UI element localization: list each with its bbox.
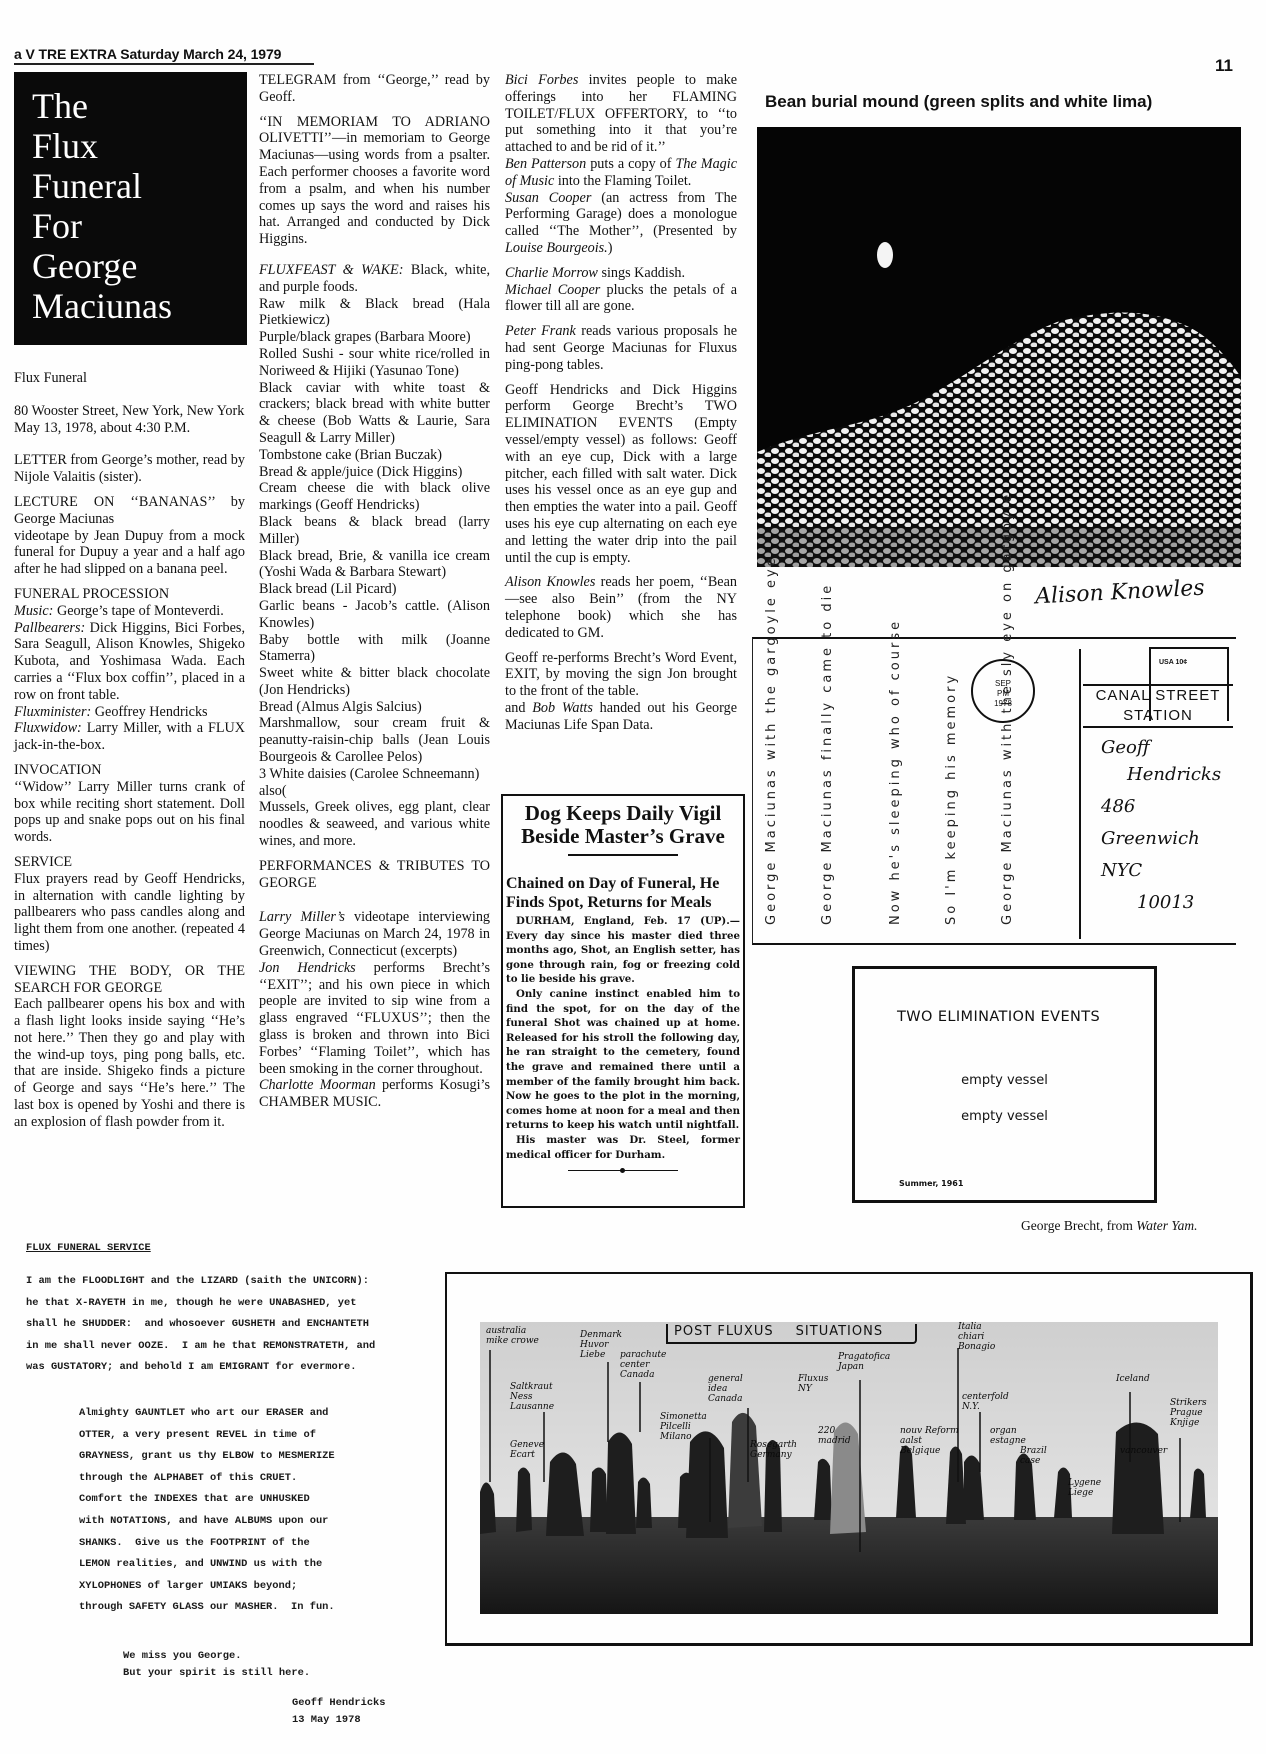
address-line: Hendricks xyxy=(1127,759,1236,791)
page-number: 11 xyxy=(1215,56,1233,76)
dog-vigil-clipping: Dog Keeps Daily Vigil Beside Master’s Gr… xyxy=(501,794,745,1208)
memoriam-section: ‘‘IN MEMORIAM TO ADRIANO OLIVETTI’’—in m… xyxy=(259,114,490,248)
location-label: Geneve Ecart xyxy=(510,1440,544,1460)
cancel-line: CANAL STREET xyxy=(1083,686,1233,706)
location-label: Iceland xyxy=(1116,1374,1150,1384)
service-signature: Geoff Hendricks 13 May 1978 xyxy=(292,1695,386,1729)
location-label: Fluxus NY xyxy=(798,1374,828,1394)
performance-peter: Peter Frank reads various proposals he h… xyxy=(505,323,737,373)
event-card-line: empty vessel xyxy=(855,1073,1154,1088)
headline-rule xyxy=(568,854,678,856)
performances-title: PERFORMANCES & TRIBUTES TO GEORGE xyxy=(259,858,490,892)
performer-name: Bici Forbes xyxy=(505,72,578,88)
performance-text: ) xyxy=(608,240,613,256)
performance-bob: and Bob Watts handed out his George Maci… xyxy=(505,700,737,734)
location-label: vancouver xyxy=(1120,1446,1167,1456)
performer-name: Peter Frank xyxy=(505,323,576,339)
performance-text: sings Kaddish. xyxy=(598,265,685,281)
caption-text: George Brecht, from xyxy=(1021,1218,1136,1233)
location-label: nouv Reform aalst Belgique xyxy=(900,1426,959,1456)
location-label: Lygene Liege xyxy=(1068,1478,1101,1498)
location-label: Simonetta Pilcelli Milano xyxy=(660,1412,707,1442)
program-column-1: Flux Funeral 80 Wooster Street, New York… xyxy=(14,370,245,1139)
performer-name: Charlie Morrow xyxy=(505,265,598,281)
postcard-divider xyxy=(1079,649,1081,939)
masthead: a V TRE EXTRA Saturday March 24, 1979 xyxy=(14,46,314,65)
banner-text: POST FLUXUS xyxy=(674,1324,774,1339)
procession-fluxwidow: Fluxwidow: Larry Miller, with a FLUX jac… xyxy=(14,720,245,754)
cancellation-mark: CANAL STREET STATION xyxy=(1083,684,1233,728)
artist-signature: Alison Knowles xyxy=(1034,576,1205,610)
clipping-paragraph: Only canine instinct enabled him to find… xyxy=(506,987,740,1133)
location-label: Italia chiari Bonagio xyxy=(958,1322,995,1352)
post-fluxus-banner: POST FLUXUSSITUATIONS xyxy=(666,1324,917,1344)
postmark-year: 1978 xyxy=(994,699,1012,708)
feast-item: Black bread, Brie, & vanilla ice cream (… xyxy=(259,548,490,582)
address-line: 486 Greenwich xyxy=(1101,791,1236,855)
performance-charlotte: Charlotte Moorman performs Kosugi’s CHAM… xyxy=(259,1077,490,1111)
address-line: NYC xyxy=(1101,855,1236,887)
performance-larry: Larry Miller’s videotape interviewing Ge… xyxy=(259,909,490,959)
title-line: Maciunas xyxy=(32,286,247,326)
feast-item: Bread (Almus Algis Salcius) xyxy=(259,699,490,716)
water-yam-event-card: TWO ELIMINATION EVENTS empty vessel empt… xyxy=(852,966,1157,1203)
location-label: organ estagne xyxy=(990,1426,1026,1446)
date-time: May 13, 1978, about 4:30 P.M. xyxy=(14,420,245,437)
service-prayer: Almighty GAUNTLET who art our ERASER and… xyxy=(79,1403,335,1619)
performance-text: into the Flaming Toilet. xyxy=(554,173,691,189)
viewing-title: VIEWING THE BODY, OR THE SEARCH FOR GEOR… xyxy=(14,963,245,997)
viewing-body: Each pallbearer opens his box and with a… xyxy=(14,996,245,1130)
location-label: general idea Canada xyxy=(708,1374,743,1404)
pallbearers-label: Pallbearers: xyxy=(14,620,85,636)
feast-item: Mussels, Greek olives, egg plant, clear … xyxy=(259,799,490,849)
feast-list: Raw milk & Black bread (Hala Pietkiewicz… xyxy=(259,296,490,850)
letter-section: LETTER from George’s mother, read by Nij… xyxy=(14,452,245,486)
location: 80 Wooster Street, New York, New York xyxy=(14,403,245,420)
lecture-body: videotape by Jean Dupuy from a mock fune… xyxy=(14,528,245,578)
invocation-title: INVOCATION xyxy=(14,762,245,779)
performance-text: puts a copy of xyxy=(586,156,675,172)
location-label: Rosegarth Germany xyxy=(750,1440,797,1460)
postcard-address: Geoff Hendricks 486 Greenwich NYC 10013 xyxy=(1101,737,1236,919)
location-label: Denmark Huvor Liebe xyxy=(580,1330,622,1360)
feast-item: Black bread (Lil Picard) xyxy=(259,581,490,598)
clipping-paragraph: DURHAM, England, Feb. 17 (UP).—Every day… xyxy=(506,914,740,987)
event-card-title: TWO ELIMINATION EVENTS xyxy=(897,1009,1100,1025)
address-line: 10013 xyxy=(1137,887,1236,919)
performance-alison: Alison Knowles reads her poem, ‘‘Bean—se… xyxy=(505,574,737,641)
clipping-body: DURHAM, England, Feb. 17 (UP).—Every day… xyxy=(506,914,740,1162)
service-paragraph: I am the FLOODLIGHT and the LIZARD (sait… xyxy=(26,1271,375,1379)
feast-item: Cream cheese die with black olive markin… xyxy=(259,480,490,514)
performance-michael: Michael Cooper plucks the petals of a fl… xyxy=(505,282,737,316)
postmark-time: PM xyxy=(997,689,1009,698)
postcard-to-hendricks: George Maciunas with the gargoyle eye Ge… xyxy=(752,637,1236,945)
feast-item: Bread & apple/juice (Dick Higgins) xyxy=(259,464,490,481)
article-title-block: The Flux Funeral For George Maciunas xyxy=(14,72,247,345)
location-label: Brazil case xyxy=(1020,1446,1047,1466)
music-label: Music: xyxy=(14,603,53,619)
banner-text: SITUATIONS xyxy=(796,1324,883,1339)
clipping-headline: Dog Keeps Daily Vigil Beside Master’s Gr… xyxy=(506,802,740,848)
feast-item: Tombstone cake (Brian Buczak) xyxy=(259,447,490,464)
postmark-stamp: SEP PM 1978 xyxy=(971,659,1035,723)
performance-text: performs Brecht’s ‘‘EXIT’’; and his own … xyxy=(259,960,490,1077)
location-label: Pragatofica Japan xyxy=(838,1352,890,1372)
lecture-title: LECTURE ON ‘‘BANANAS’’ by George Maciuna… xyxy=(14,494,245,528)
location-label: parachute center Canada xyxy=(620,1350,666,1380)
service-title: SERVICE xyxy=(14,854,245,871)
title-line: For xyxy=(32,206,247,246)
bean-burial-mound-photo xyxy=(757,127,1241,567)
feast-intro: FLUXFEAST & WAKE: Black, white, and purp… xyxy=(259,262,490,296)
title-line: Funeral xyxy=(32,166,247,206)
performer-name: Larry Miller’s xyxy=(259,909,345,925)
cancel-line: STATION xyxy=(1083,706,1233,726)
postcard-message-line: George Maciunas finally came to die xyxy=(820,583,835,925)
title-line: The xyxy=(32,86,247,126)
postcard-message-line: Now he's sleeping who of course xyxy=(888,619,903,925)
performer-name: Alison Knowles xyxy=(505,574,595,590)
caption-source-title: Water Yam. xyxy=(1136,1218,1197,1233)
postcard-message-line: George Maciunas with the gargoyle eye xyxy=(764,555,779,925)
feast-item: Sweet white & bitter black chocolate (Jo… xyxy=(259,665,490,699)
postcard-message-line: So I'm keeping his memory xyxy=(944,673,959,925)
feast-item: Garlic beans - Jacob’s cattle. (Alison K… xyxy=(259,598,490,632)
service-heading: FLUX FUNERAL SERVICE xyxy=(26,1242,151,1254)
performer-name: Susan Cooper xyxy=(505,190,591,206)
procession-title: FUNERAL PROCESSION xyxy=(14,586,245,603)
presenter-name: Louise Bourgeois. xyxy=(505,240,608,256)
service-closing: We miss you George. But your spirit is s… xyxy=(123,1648,310,1682)
feast-item: also( xyxy=(259,783,490,800)
program-column-3: Bici Forbes invites people to make offer… xyxy=(505,72,737,733)
feast-item: Baby bottle with milk (Joanne Stamerra) xyxy=(259,632,490,666)
fluxminister-label: Fluxminister: xyxy=(14,704,91,720)
feast-item: 3 White daisies (Carolee Schneemann) xyxy=(259,766,490,783)
procession-music: Music: George’s tape of Monteverdi. xyxy=(14,603,245,620)
music-text: George’s tape of Monteverdi. xyxy=(53,603,223,619)
post-fluxus-situations-photo: POST FLUXUSSITUATIONS australia mike cro… xyxy=(480,1322,1218,1614)
performer-name: Jon Hendricks xyxy=(259,960,356,976)
location-label: Saltkraut Ness Lausanne xyxy=(510,1382,554,1412)
performance-bici: Bici Forbes invites people to make offer… xyxy=(505,72,737,156)
title-line: Flux xyxy=(32,126,247,166)
procession-pallbearers: Pallbearers: Dick Higgins, Bici Forbes, … xyxy=(14,620,245,704)
feast-item: Raw milk & Black bread (Hala Pietkiewicz… xyxy=(259,296,490,330)
feast-item: Black beans & black bread (larry Miller) xyxy=(259,514,490,548)
performance-jon: Jon Hendricks performs Brecht’s ‘‘EXIT’’… xyxy=(259,960,490,1078)
performance-susan: Susan Cooper (an actress from The Perfor… xyxy=(505,190,737,257)
clipping-paragraph: His master was Dr. Steel, former medical… xyxy=(506,1133,740,1162)
performance-geoff-exit: Geoff re-performs Brecht’s Word Event, E… xyxy=(505,650,737,700)
performer-name: Ben Patterson xyxy=(505,156,586,172)
performance-text: and xyxy=(505,700,532,716)
feast-label: FLUXFEAST & WAKE: xyxy=(259,262,403,278)
clipping-subhead: Chained on Day of Funeral, He Finds Spot… xyxy=(506,874,740,912)
event-card-line: empty vessel xyxy=(855,1109,1154,1124)
program-title: Flux Funeral xyxy=(14,370,245,387)
performer-name: Michael Cooper xyxy=(505,282,600,298)
telegram-section: TELEGRAM from ‘‘George,’’ read by Geoff. xyxy=(259,72,490,106)
performer-name: Bob Watts xyxy=(532,700,593,716)
postmark-month: SEP xyxy=(995,679,1011,688)
feast-item: Black caviar with white toast & crackers… xyxy=(259,380,490,447)
service-body: Flux prayers read by Geoff Hendricks, in… xyxy=(14,871,245,955)
bean-mound-illustration xyxy=(757,127,1241,567)
fluxwidow-label: Fluxwidow: xyxy=(14,720,82,736)
address-line: Geoff xyxy=(1101,737,1236,759)
invocation-body: ‘‘Widow’’ Larry Miller turns crank of bo… xyxy=(14,779,245,846)
location-label: centerfold N.Y. xyxy=(962,1392,1009,1412)
performance-charlie: Charlie Morrow sings Kaddish. xyxy=(505,265,737,282)
performance-elimination: Geoff Hendricks and Dick Higgins perform… xyxy=(505,382,737,567)
location-label: 220 madrid xyxy=(818,1426,851,1446)
performance-ben: Ben Patterson puts a copy of The Magic o… xyxy=(505,156,737,190)
procession-fluxminister: Fluxminister: Geoffrey Hendricks xyxy=(14,704,245,721)
title-line: George xyxy=(32,246,247,286)
fluxminister-text: Geoffrey Hendricks xyxy=(91,704,207,720)
feast-item: Rolled Sushi - sour white rice/rolled in… xyxy=(259,346,490,380)
performer-name: Charlotte Moorman xyxy=(259,1077,376,1093)
feast-item: Marshmallow, sour cream fruit & peanutty… xyxy=(259,715,490,765)
feast-item: Purple/black grapes (Barbara Moore) xyxy=(259,329,490,346)
location-label: australia mike crowe xyxy=(486,1326,539,1346)
event-card-caption: George Brecht, from Water Yam. xyxy=(1021,1218,1198,1234)
end-rule xyxy=(568,1170,678,1176)
location-label: Strikers Prague Knjige xyxy=(1170,1398,1207,1428)
event-card-date: Summer, 1961 xyxy=(899,1179,963,1188)
stamp-value: USA 10¢ xyxy=(1159,659,1187,666)
bean-image-caption: Bean burial mound (green splits and whit… xyxy=(765,92,1152,112)
program-column-2: TELEGRAM from ‘‘George,’’ read by Geoff.… xyxy=(259,72,490,1111)
